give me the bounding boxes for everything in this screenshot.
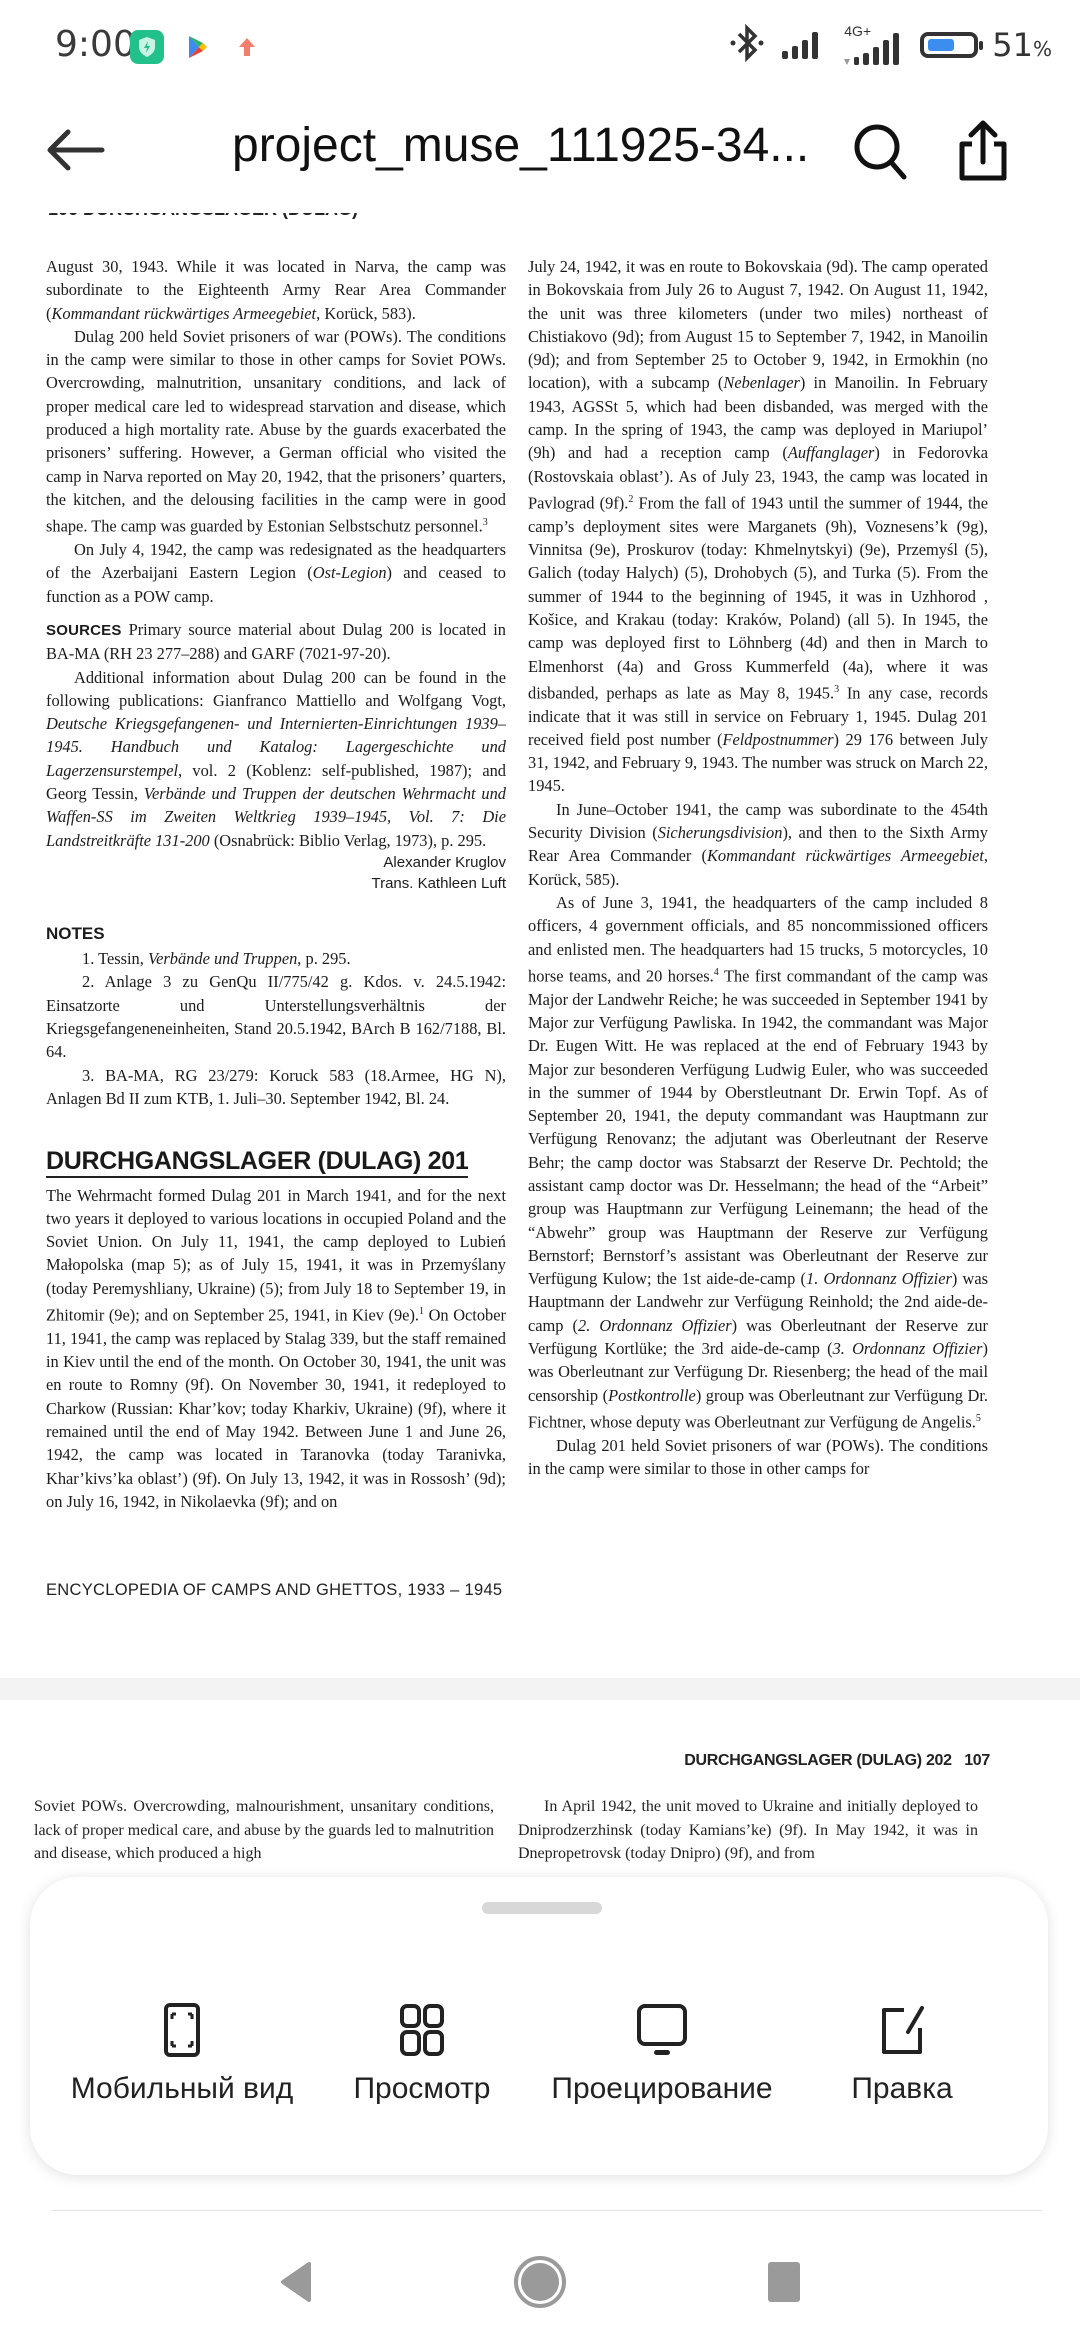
shield-app-icon <box>130 30 164 64</box>
mobile-view-button[interactable]: Мобильный вид <box>67 2002 297 2108</box>
drag-handle[interactable] <box>482 1902 602 1914</box>
share-icon <box>952 118 1014 184</box>
signal-4g-icon: 4G+ <box>840 23 906 67</box>
upload-arrow-icon <box>230 30 264 64</box>
signal-icon <box>780 26 826 65</box>
grid-view-icon <box>394 2002 450 2058</box>
sources-paragraph: SOURCES Primary source material about Du… <box>46 618 506 666</box>
document-title: project_muse_111925-34... <box>232 118 832 173</box>
paragraph: August 30, 1943. While it was located in… <box>46 255 506 325</box>
projection-icon <box>634 2002 690 2058</box>
note-2: 2. Anlage 3 zu GenQu II/775/42 g. Kdos. … <box>46 970 506 1063</box>
entry-title: DURCHGANGSLAGER (DULAG) 201 <box>46 1150 468 1177</box>
navigation-bar <box>0 2210 1080 2340</box>
running-head: 106 DURCHGANGSLAGER (DULAG) 200 <box>48 213 388 223</box>
notes-heading: NOTES <box>46 922 506 945</box>
pdf-page-106[interactable]: 106 DURCHGANGSLAGER (DULAG) 200 August 3… <box>0 205 1080 1675</box>
battery-percent: 51% <box>992 26 1052 64</box>
edit-label: Правка <box>787 2070 1017 2108</box>
search-button[interactable] <box>850 120 912 182</box>
view-button[interactable]: Просмотр <box>307 2002 537 2108</box>
share-button[interactable] <box>952 118 1014 184</box>
divider <box>52 2210 1042 2211</box>
paragraph: In June–October 1941, the camp was subor… <box>528 798 988 891</box>
nav-home-icon[interactable] <box>512 2254 568 2310</box>
search-icon <box>850 120 912 182</box>
mobile-view-label: Мобильный вид <box>67 2070 297 2108</box>
edit-icon <box>874 2002 930 2058</box>
nav-back-icon[interactable] <box>275 2260 315 2304</box>
page-number: 107 <box>964 1752 990 1769</box>
bottom-sheet: Мобильный вид Просмотр Проецирование Пра… <box>30 1877 1048 2175</box>
paragraph: On July 4, 1942, the camp was redesignat… <box>46 538 506 608</box>
back-button[interactable] <box>40 120 110 180</box>
paragraph: Additional information about Dulag 200 c… <box>46 666 506 852</box>
text-column-right: July 24, 1942, it was en route to Bokovs… <box>528 255 988 1480</box>
mobile-view-icon <box>154 2002 210 2058</box>
paragraph: Dulag 200 held Soviet prisoners of war (… <box>46 325 506 538</box>
bluetooth-icon <box>728 23 766 68</box>
author-name: Alexander Kruglov <box>46 852 506 873</box>
projection-button[interactable]: Проецирование <box>547 2002 777 2108</box>
page-separator <box>0 1678 1080 1700</box>
page-footer: ENCYCLOPEDIA OF CAMPS AND GHETTOS, 1933 … <box>46 1581 502 1600</box>
translator-name: Trans. Kathleen Luft <box>46 873 506 894</box>
paragraph: As of June 3, 1941, the headquarters of … <box>528 891 988 1434</box>
note-3: 3. BA-MA, RG 23/279: Koruck 583 (18.Arme… <box>46 1064 506 1111</box>
sources-label: SOURCES <box>46 622 122 639</box>
paragraph: Dulag 201 held Soviet prisoners of war (… <box>528 1434 988 1481</box>
projection-label: Проецирование <box>547 2070 777 2108</box>
paragraph: July 24, 1942, it was en route to Bokovs… <box>528 255 988 798</box>
nav-recents-icon[interactable] <box>764 2260 804 2304</box>
arrow-left-icon <box>40 120 110 180</box>
status-right: 4G+ 51% <box>728 20 1052 70</box>
edit-button[interactable]: Правка <box>787 2002 1017 2108</box>
status-bar: 9:00 4G+ 51% <box>0 0 1080 95</box>
note-1: 1. Tessin, Verbände und Truppen, p. 295. <box>46 947 506 970</box>
app-bar: project_muse_111925-34... <box>0 100 1080 205</box>
status-time: 9:00 <box>55 24 136 65</box>
running-head: DURCHGANGSLAGER (DULAG) 202 107 <box>684 1752 990 1770</box>
paragraph: In April 1942, the unit moved to Ukraine… <box>518 1795 978 1866</box>
text-column-left: August 30, 1943. While it was located in… <box>46 255 506 1513</box>
battery-icon <box>920 32 978 58</box>
paragraph: The Wehrmacht formed Dulag 201 in March … <box>46 1184 506 1514</box>
paragraph: Soviet POWs. Overcrowding, malnourishmen… <box>34 1795 494 1866</box>
play-store-icon <box>180 30 214 64</box>
view-label: Просмотр <box>307 2070 537 2108</box>
